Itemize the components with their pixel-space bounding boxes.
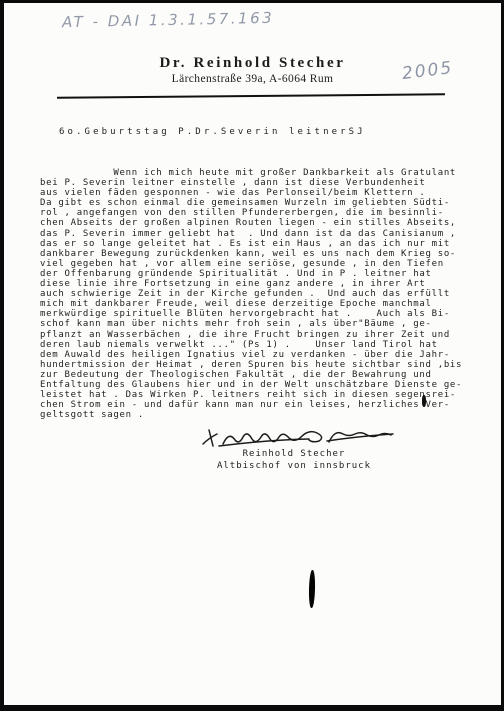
letterhead-divider-rule bbox=[57, 93, 445, 98]
ink-mark-small-artifact bbox=[422, 395, 426, 407]
letter-title: 6o.Geburtstag P.Dr.Severin leitnerSJ bbox=[59, 127, 366, 137]
signature-typed-name: Reinhold Stecher bbox=[214, 449, 374, 461]
letter-page: AT - DAI 1.3.1.57.163 Dr. Reinhold Stech… bbox=[4, 3, 501, 705]
signature-typed-block: Reinhold Stecher Altbischof von innsbruc… bbox=[214, 449, 374, 472]
letter-body: Wenn ich mich heute mit großer Dankbarke… bbox=[40, 168, 484, 420]
archive-reference-handwritten: AT - DAI 1.3.1.57.163 bbox=[62, 9, 275, 31]
signature-typed-role: Altbischof von innsbruck bbox=[214, 461, 374, 473]
ink-mark-artifact bbox=[309, 570, 316, 608]
scanned-letter: AT - DAI 1.3.1.57.163 Dr. Reinhold Stech… bbox=[0, 0, 504, 711]
